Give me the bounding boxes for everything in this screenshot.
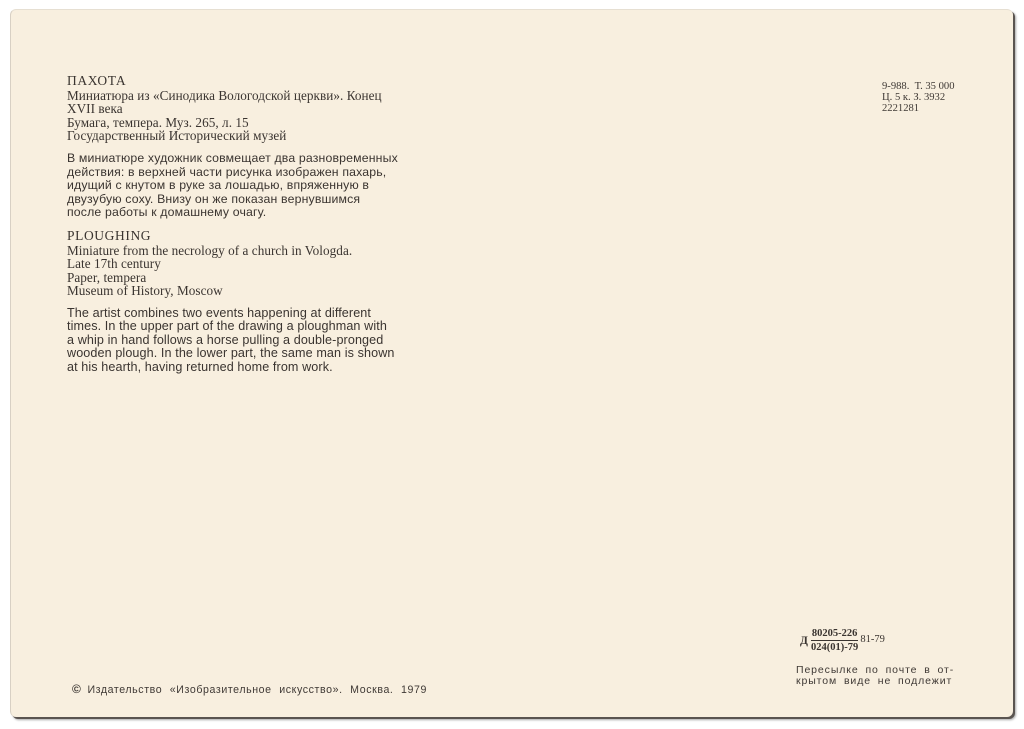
text-column: ПАХОТА Миниатюра из «Синодика Вологодско… [67,74,453,374]
english-description: The artist combines two events happening… [67,307,453,374]
caption-line: Late 17th century [67,257,453,271]
description-line: at his hearth, having returned home from… [67,361,453,374]
copyright-icon: © [72,682,81,696]
print-info-line: 9-988. Т. 35 000 [882,81,955,92]
catalog-denominator: 024(01)-79 [811,641,858,654]
english-caption: PLOUGHING Miniature from the necrology o… [67,229,453,298]
description-line: a whip in hand follows a horse pulling a… [67,334,453,347]
description-line: действия: в верхней части рисунка изобра… [67,166,453,180]
caption-line: Miniature from the necrology of a church… [67,244,453,258]
caption-line: Миниатюра из «Синодика Вологодской церкв… [67,89,453,103]
caption-line: Paper, tempera [67,271,453,285]
description-line: wooden plough. In the lower part, the sa… [67,347,453,360]
description-line: В миниатюре художник совмещает два разно… [67,152,453,166]
postcard-back: ПАХОТА Миниатюра из «Синодика Вологодско… [10,9,1013,717]
description-line: после работы к домашнему очагу. [67,206,453,220]
description-line: двузубую соху. Внизу он же показан верну… [67,193,453,207]
publisher-text: Издательство «Изобразительное искусство»… [87,684,427,696]
caption-line: XVII века [67,102,453,116]
russian-caption: ПАХОТА Миниатюра из «Синодика Вологодско… [67,74,453,143]
publisher-footer: ©Издательство «Изобразительное искусство… [72,682,427,696]
description-line: times. In the upper part of the drawing … [67,320,453,333]
description-line: The artist combines two events happening… [67,307,453,320]
russian-description: В миниатюре художник совмещает два разно… [67,152,453,220]
catalog-numerator: 80205-226 [811,628,859,641]
caption-line: Государственный Исторический музей [67,129,453,143]
english-title: PLOUGHING [67,229,453,243]
catalog-suffix: 81-79 [860,634,885,645]
print-info-line: Ц. 5 к. З. 3932 [882,92,955,103]
catalog-code: Д 80205-226 024(01)-79 81-79 [800,628,885,654]
print-info-line: 2221281 [882,103,955,114]
catalog-prefix: Д [800,635,808,647]
russian-title: ПАХОТА [67,74,453,88]
caption-line: Бумага, темпера. Муз. 265, л. 15 [67,116,453,130]
postal-notice: Пересылке по почте в от- крытом виде не … [796,665,961,688]
caption-line: Museum of History, Moscow [67,284,453,298]
print-info: 9-988. Т. 35 000Ц. 5 к. З. 39322221281 [882,81,955,114]
description-line: идущий с кнутом в руке за лошадью, впряж… [67,179,453,193]
catalog-fraction: 80205-226 024(01)-79 [811,628,859,654]
